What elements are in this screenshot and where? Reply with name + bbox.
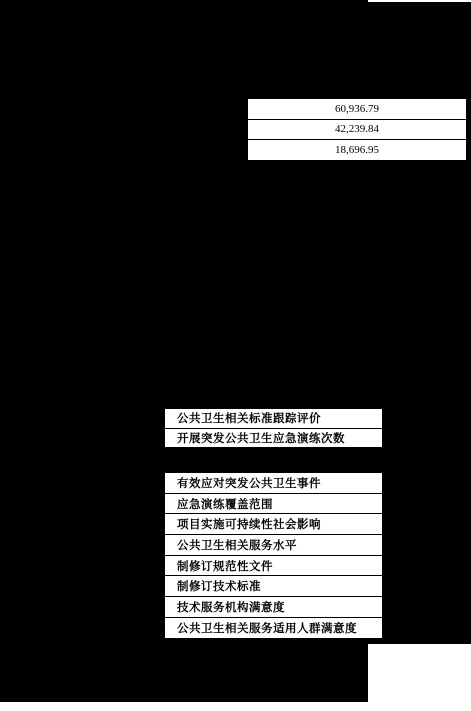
indicator-cell: 应急演练覆盖范围 — [165, 494, 382, 515]
amount-cell: 18,696.95 — [248, 140, 466, 160]
indicator-cell: 开展突发公共卫生应急演练次数 — [165, 429, 382, 448]
indicator-cell: 技术服务机构满意度 — [165, 597, 382, 618]
amount-table: 60,936.79 42,239.84 18,696.95 — [247, 98, 467, 161]
indicator-table-bottom: 有效应对突发公共卫生事件 应急演练覆盖范围 项目实施可持续性社会影响 公共卫生相… — [164, 472, 383, 639]
document-page: 60,936.79 42,239.84 18,696.95 公共卫生相关标准跟踪… — [0, 0, 471, 711]
indicator-cell: 制修订规范性文件 — [165, 556, 382, 577]
indicator-cell: 公共卫生相关服务适用人群满意度 — [165, 618, 382, 638]
indicator-cell: 制修订技术标准 — [165, 576, 382, 597]
indicator-cell: 公共卫生相关标准跟踪评价 — [165, 409, 382, 429]
indicator-cell: 公共卫生相关服务水平 — [165, 535, 382, 556]
amount-cell: 60,936.79 — [248, 99, 466, 120]
indicator-cell: 项目实施可持续性社会影响 — [165, 514, 382, 535]
indicator-cell: 有效应对突发公共卫生事件 — [165, 473, 382, 494]
amount-cell: 42,239.84 — [248, 120, 466, 141]
indicator-table-top: 公共卫生相关标准跟踪评价 开展突发公共卫生应急演练次数 — [164, 408, 383, 448]
